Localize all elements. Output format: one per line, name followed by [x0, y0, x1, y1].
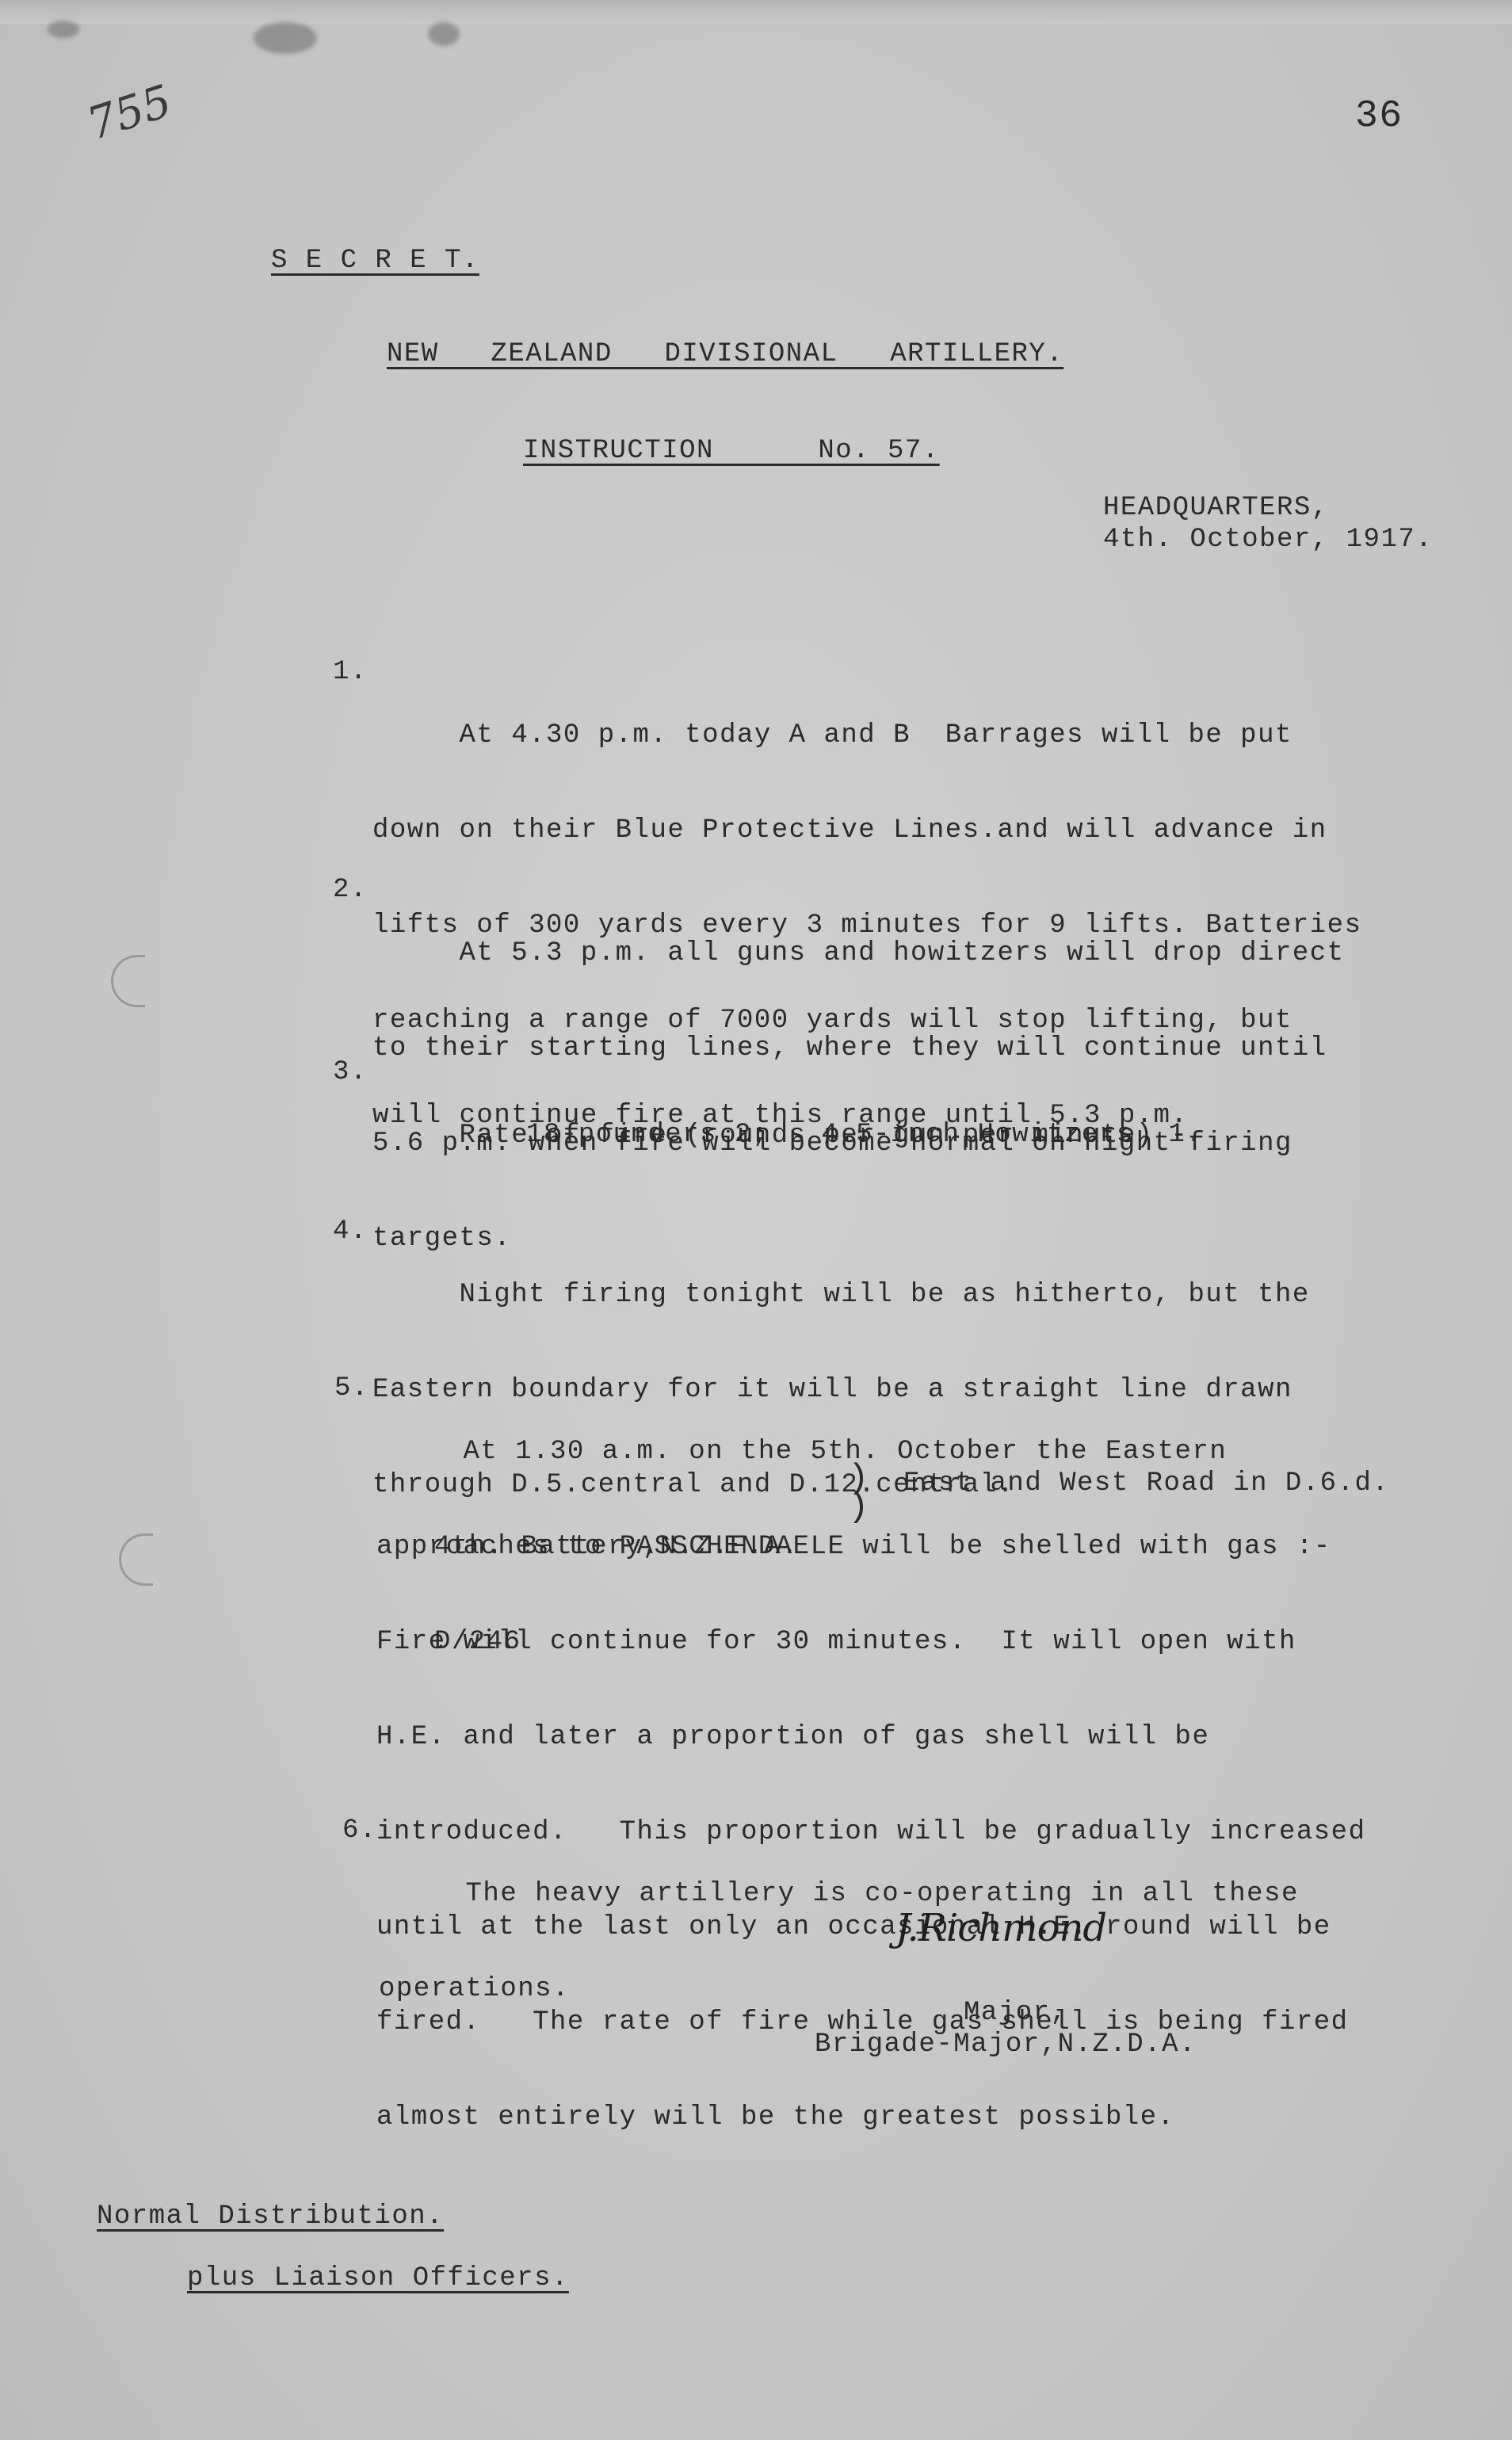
headquarters-label: HEADQUARTERS,: [1103, 493, 1329, 523]
ink-smudge: [428, 22, 460, 46]
rates-of-fire: 18-pounders 2; 4.5-inch Howitzers 1.: [526, 1119, 1203, 1151]
paragraph-line: The heavy artillery is co-operating in a…: [379, 1878, 1299, 1910]
page-number: 36: [1355, 95, 1403, 138]
handwritten-file-number: 755: [82, 75, 178, 151]
classification-label: S E C R E T.: [271, 246, 479, 276]
paragraph-number: 4.: [333, 1216, 368, 1247]
handwritten-signature: J.Richmond: [895, 1906, 1106, 1950]
instruction-title: INSTRUCTION No. 57.: [523, 436, 940, 466]
paragraph-line: down on their Blue Protective Lines.and …: [372, 815, 1362, 846]
ink-smudge: [254, 22, 317, 54]
battery-unit: 4th. Battery,N.Z.F.A.: [434, 1531, 799, 1563]
paragraph-line: At 5.3 p.m. all guns and howitzers will …: [372, 937, 1345, 969]
paragraph-line: Night firing tonight will be as hitherto…: [372, 1279, 1310, 1311]
distribution-line: Normal Distribution.: [97, 2201, 444, 2232]
page-top-edge: [0, 0, 1512, 24]
paragraph-line: almost entirely will be the greatest pos…: [376, 2102, 1366, 2133]
paragraph-number: 1.: [333, 656, 368, 688]
paragraph-number: 3.: [333, 1056, 368, 1088]
paragraph-line: H.E. and later a proportion of gas shell…: [376, 1721, 1366, 1753]
document-date: 4th. October, 1917.: [1103, 525, 1433, 555]
document-page: 755 36 S E C R E T. NEW ZEALAND DIVISION…: [0, 0, 1512, 2440]
paragraph-number: 6.: [342, 1815, 377, 1846]
paragraph-line: Fire will continue for 30 minutes. It wi…: [376, 1626, 1366, 1658]
punch-hole-mark: [119, 1533, 153, 1586]
signatory-title: Brigade-Major,N.Z.D.A.: [815, 2029, 1197, 2060]
punch-hole-mark: [111, 955, 145, 1007]
paragraph-number: 2.: [333, 874, 368, 906]
gas-target: East and West Road in D.6.d.: [903, 1468, 1389, 1499]
brace: )): [848, 1464, 870, 1522]
signatory-rank: Major,: [964, 1997, 1067, 2029]
paragraph-line: operations.: [379, 1973, 1299, 2005]
unit-title: NEW ZEALAND DIVISIONAL ARTILLERY.: [387, 339, 1063, 369]
paragraph-line: At 4.30 p.m. today A and B Barrages will…: [372, 720, 1362, 751]
paragraph-number: 5.: [334, 1373, 369, 1404]
ink-smudge: [48, 21, 79, 38]
distribution-line: plus Liaison Officers.: [187, 2263, 569, 2293]
